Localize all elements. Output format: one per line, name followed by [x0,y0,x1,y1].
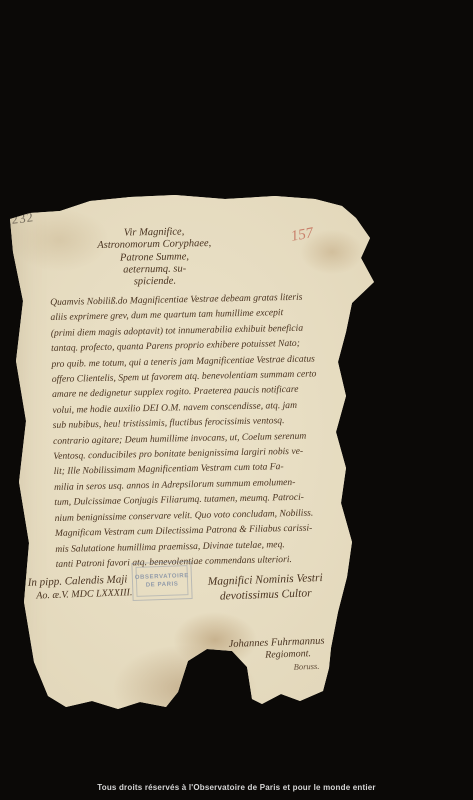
copyright-caption: Tous droits réservés à l'Observatoire de… [0,783,473,792]
observatory-stamp-line2: DE PARIS [146,580,179,589]
letter-signature: Johannes Fuhrmannus Regiomont. Boruss. [189,636,325,677]
observatory-stamp: OBSERVATOIRE DE PARIS [131,561,192,601]
letter-body: Quamvis Nobiliß.do Magnificentiae Vestra… [50,289,356,573]
folio-number-annotation: 157 [290,225,315,246]
salutation-line: spiciende. [72,275,237,290]
observatory-stamp-frame: OBSERVATOIRE DE PARIS [135,565,188,597]
letter-valediction: Magnifici Nominis Vestri devotissimus Cu… [193,570,339,605]
signature-flourish: Boruss. [190,660,325,677]
manuscript-paper: 2232 157 Vir Magnifice, Astronomorum Cor… [0,0,473,800]
dateline-year: Ao. æ.V. MDC LXXXIII. [28,586,133,604]
letter-dateline: In pipp. Calendis Maji Ao. æ.V. MDC LXXX… [28,572,133,604]
letter-salutation: Vir Magnifice, Astronomorum Coryphaee, P… [71,226,237,290]
photo-black-background: 2232 157 Vir Magnifice, Astronomorum Cor… [0,0,473,800]
shelf-number-annotation: 2232 [3,209,35,229]
